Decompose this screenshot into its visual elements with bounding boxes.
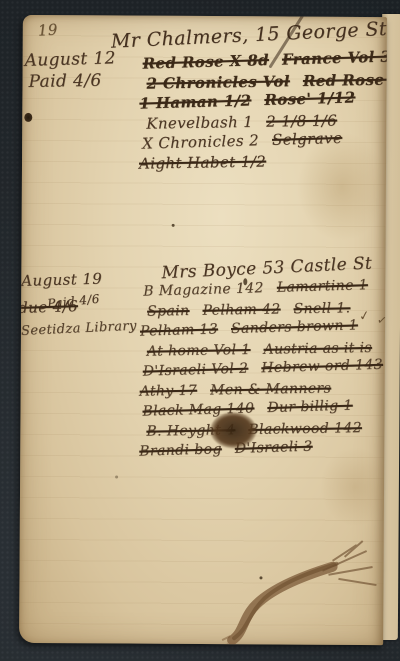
entry-segment: D'Israeli Vol 2 xyxy=(143,361,249,380)
entry-segment: Pelham 13 xyxy=(140,321,218,339)
entry2-margin: August 19 Paid 4/6 due 4/6 Seetidza Libr… xyxy=(21,271,137,337)
entry-segment: Knevelbash 1 xyxy=(146,113,253,133)
entry-segment: Spain xyxy=(147,303,190,320)
ink-dot xyxy=(24,113,32,122)
foxing-stain xyxy=(297,132,387,243)
checkmark-annotation: ✓ xyxy=(358,308,371,325)
ink-speck xyxy=(243,278,247,285)
entry-line: Paid 4/6 xyxy=(28,70,129,93)
entry-segment: Athy 17 xyxy=(139,383,197,400)
entry-segment: August 12 xyxy=(24,48,116,71)
entry-segment: 1 Haman 1/2 xyxy=(139,91,252,112)
ink-blot-stain xyxy=(210,412,256,448)
entry-segment: X Chronicles 2 xyxy=(142,131,259,152)
page-number: 19 xyxy=(37,20,58,39)
entry-segment: Paid 4/6 xyxy=(28,71,101,92)
foxing-stain xyxy=(320,447,387,527)
entry1-margin: August 12Paid 4/6 xyxy=(24,51,129,94)
entry-segment: Red Rose X 8d xyxy=(142,51,269,73)
entry-segment: France Vol 3 xyxy=(282,47,387,68)
entry-segment: At home Vol 1 xyxy=(147,342,251,360)
entry-segment: Aight Habet 1/2 xyxy=(139,152,266,172)
entry2-margin-due: due 4/6 xyxy=(19,294,137,318)
entry-line: August 12 xyxy=(24,48,129,72)
ink-speck xyxy=(172,224,175,227)
brown-smear-stain xyxy=(204,536,387,645)
entry-segment: Dur billig 1 xyxy=(267,398,353,416)
entry-segment: Hebrew ord 143 xyxy=(261,357,383,376)
manuscript-page: 19 Mr Chalmers, 15 George St August 12Pa… xyxy=(19,15,387,645)
entry2-lines: B Magazine 142Lamartine 1SpainPelham 42S… xyxy=(142,282,387,464)
entry-segment: Rose' 1/12 xyxy=(264,88,356,109)
entry-segment: Sanders brown 1 xyxy=(231,317,358,337)
ink-speck xyxy=(115,475,118,478)
entry2-margin-date: August 19 xyxy=(21,268,137,292)
entry-segment: Pelham 42 xyxy=(202,301,280,318)
entry2-margin-library: Seetidza Library xyxy=(21,319,137,339)
entry-segment: Lamartine 1 xyxy=(277,277,369,296)
entry-segment: Brandi bog xyxy=(139,441,222,459)
entry-segment: Snell 1. xyxy=(293,300,350,317)
